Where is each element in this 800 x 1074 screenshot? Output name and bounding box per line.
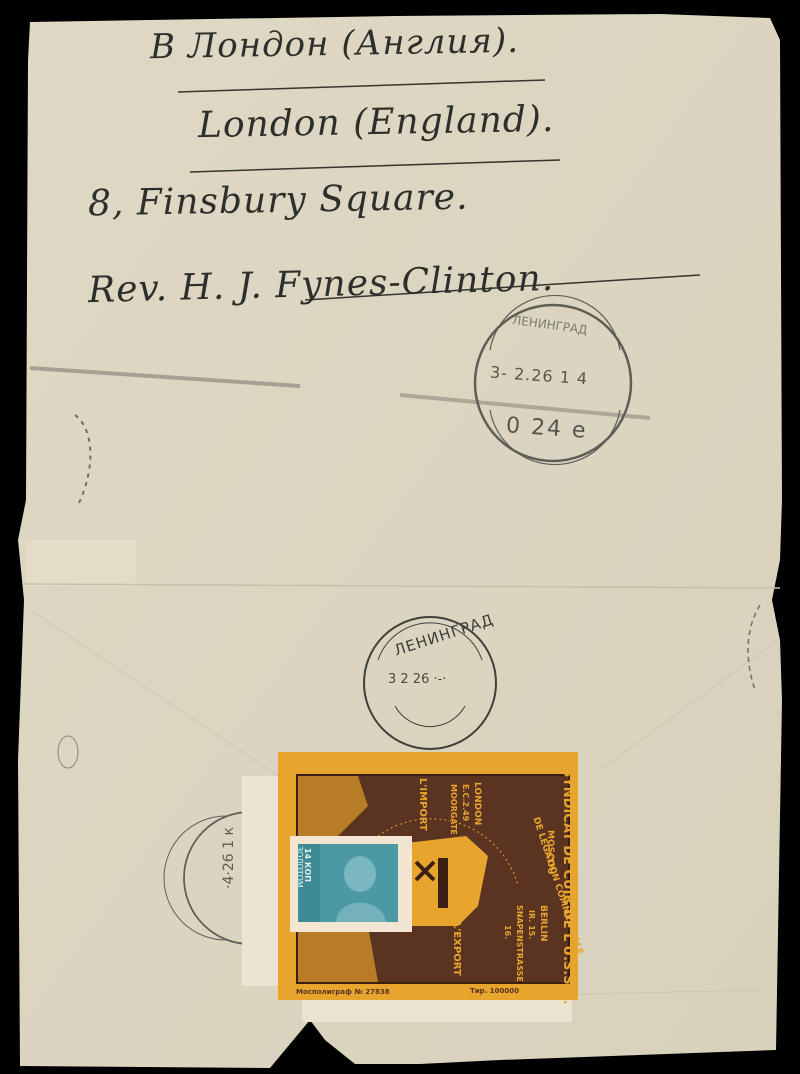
address-line-city: London (England). <box>198 99 555 146</box>
address-line-street: 8, Finsbury Square. <box>88 177 469 225</box>
label-london: LONDON <box>472 782 482 825</box>
label-berlin-address-1: IR. 15. <box>527 910 536 939</box>
postmark-middle-date: 3 2 26 ·-· <box>388 672 446 687</box>
label-berlin: BERLIN <box>538 905 548 942</box>
label-berlin-address-2: SNAPENSTRASSE <box>515 905 524 982</box>
label-export: L'EXPORT <box>451 922 462 976</box>
stamp-design <box>298 844 398 922</box>
label-london-address-2: MOORGATE <box>449 784 458 835</box>
stamp-currency: ЗОЛОТОМ <box>295 846 304 888</box>
address-line-russian: В Лондон (Англия). <box>150 21 520 67</box>
envelope: В Лондон (Англия). В Лондон (Англия). Lo… <box>0 0 800 1074</box>
label-import: L'IMPORT <box>417 778 428 831</box>
label-printer: Мосполиграф № 27838 <box>296 988 390 996</box>
label-berlin-address-3: 16. <box>503 925 512 939</box>
stamp-value: 14 КОП <box>303 848 312 882</box>
label-print-run: Тир. 100000 <box>470 987 519 995</box>
postmark-lower-date: ·4·26 1 к <box>221 827 237 889</box>
label-london-address-1: E.C.2.49 <box>461 784 470 821</box>
stamp-portrait <box>298 844 398 922</box>
